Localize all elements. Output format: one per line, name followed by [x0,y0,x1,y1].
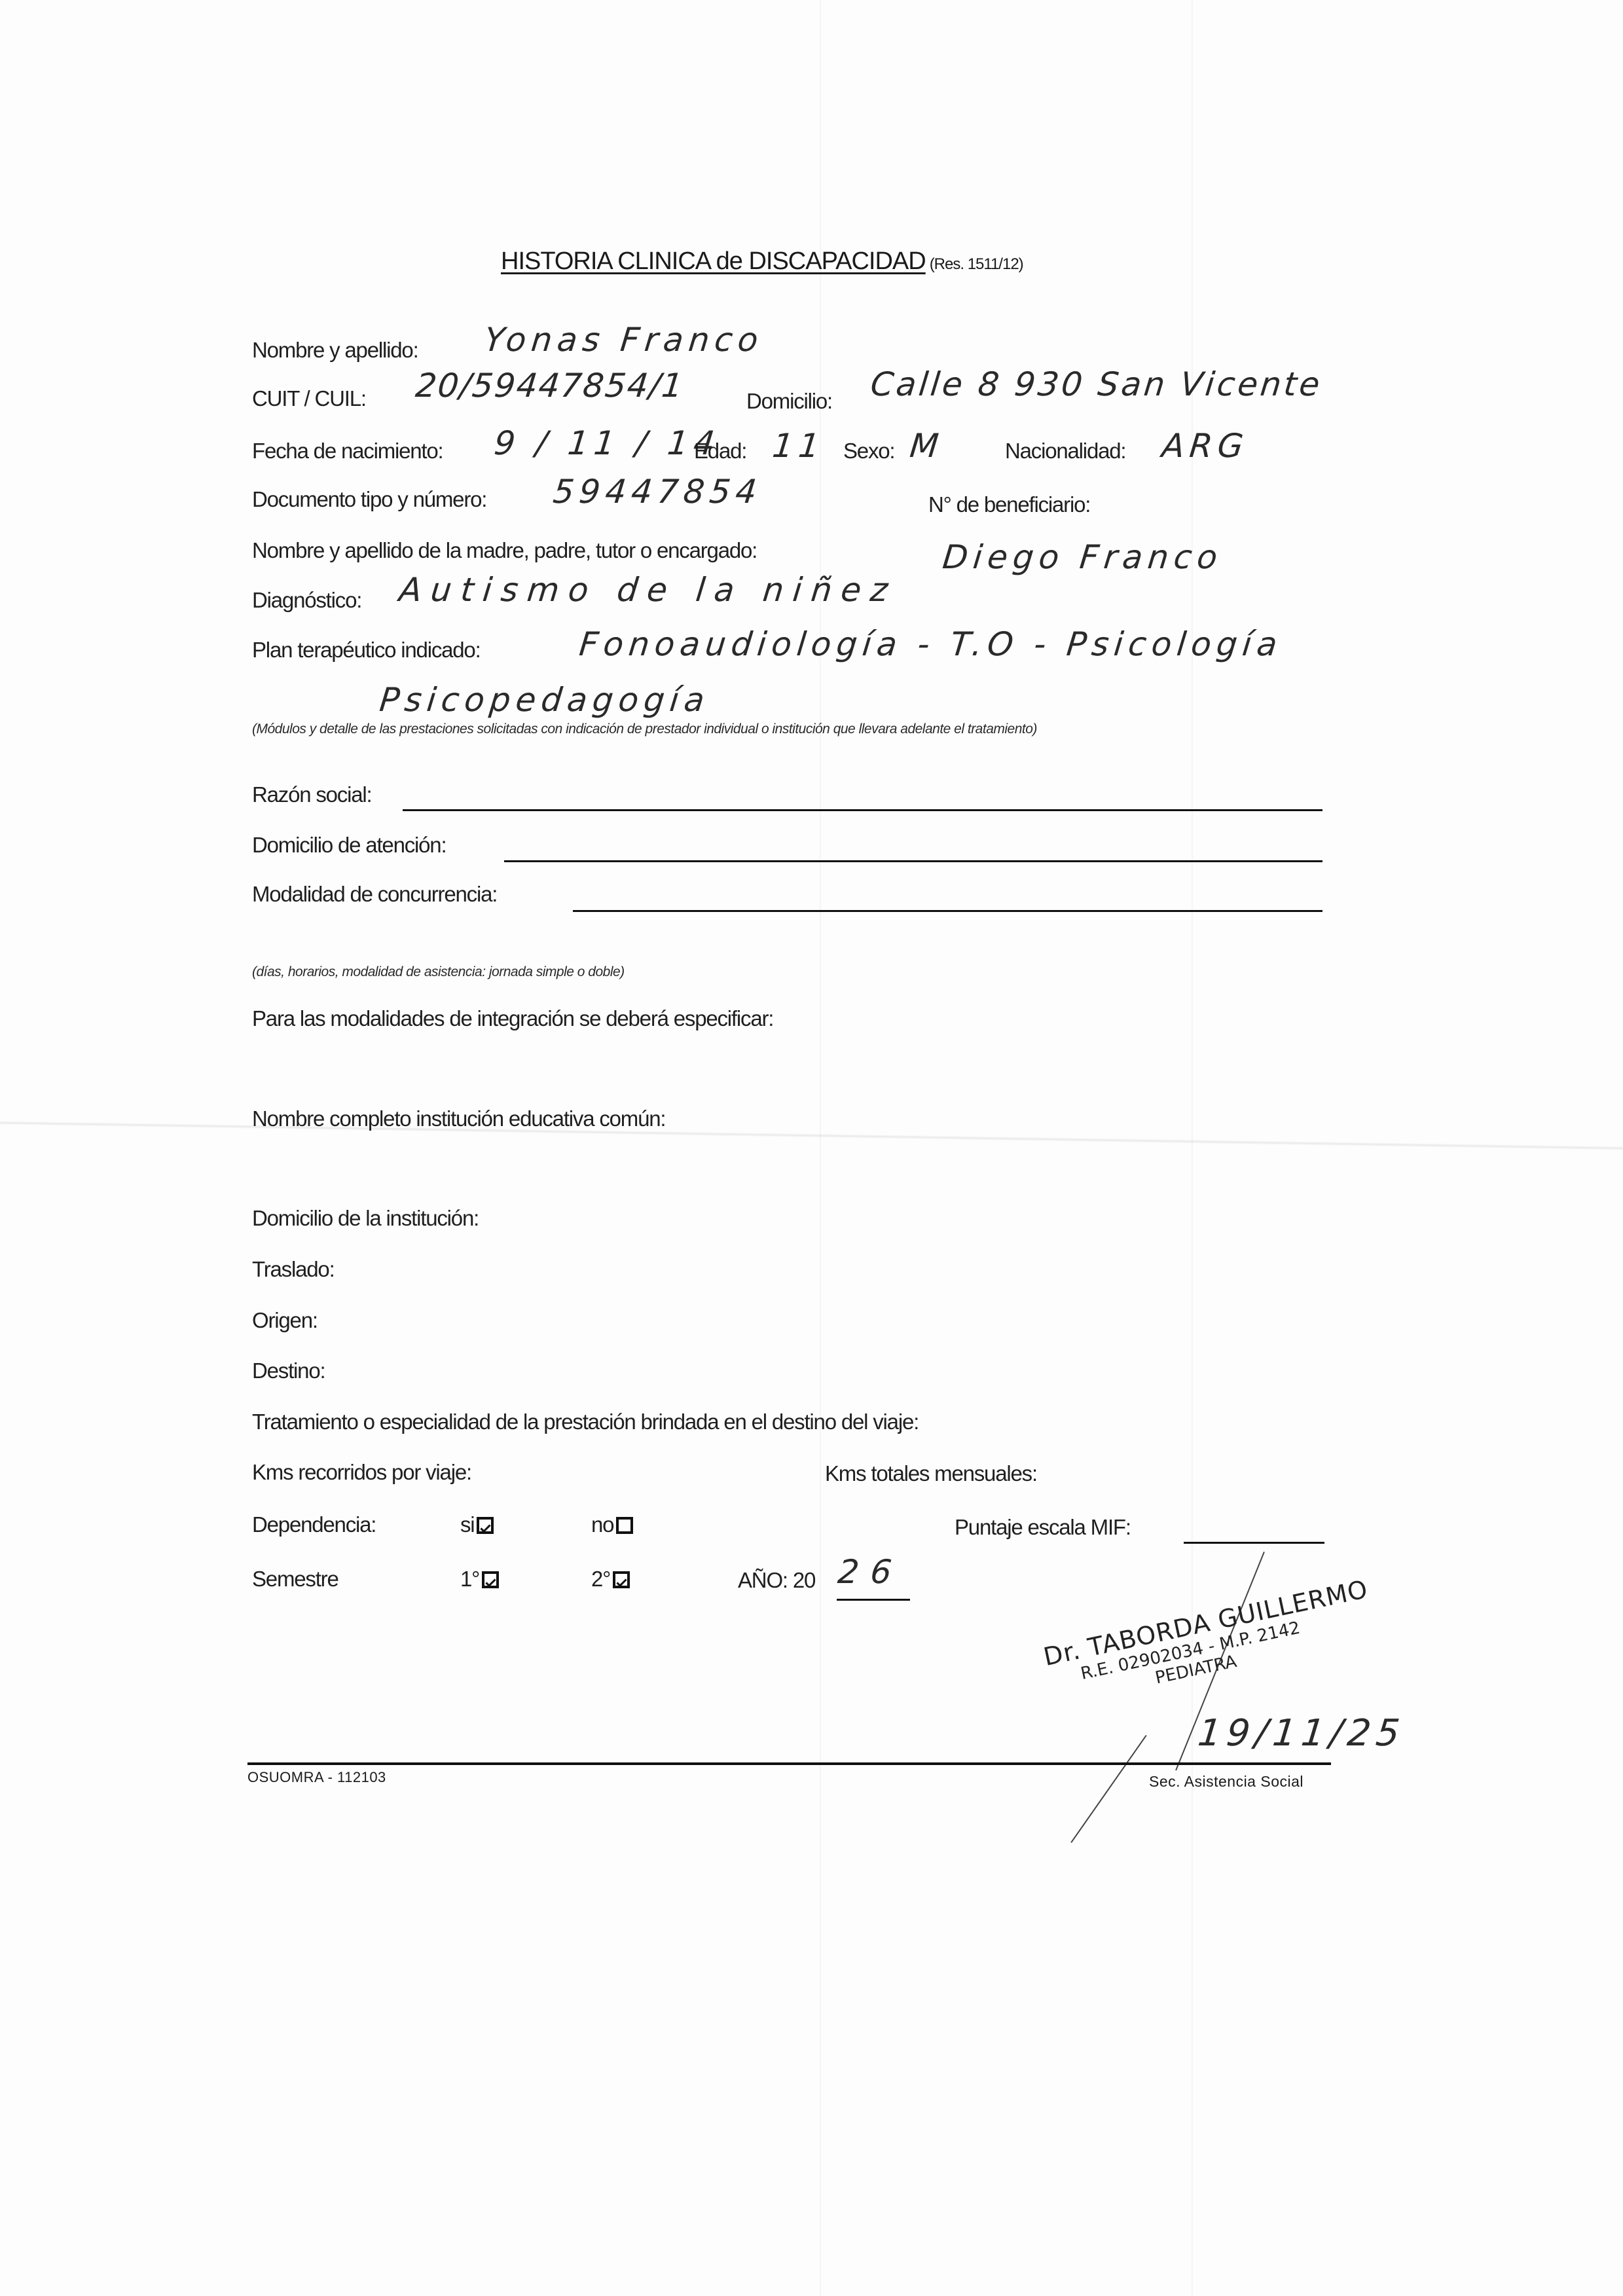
plan-label: Plan terapéutico indicado: [252,638,481,663]
semestre-1[interactable]: 1° [460,1567,499,1592]
anio-line [837,1599,910,1601]
dependencia-si[interactable]: si [460,1512,494,1537]
domicilio-institucion-label: Domicilio de la institución: [252,1206,479,1231]
paper-crease [820,0,821,2296]
beneficiario-label: N° de beneficiario: [928,492,1090,517]
semestre-2[interactable]: 2° [591,1567,630,1592]
semestre-label: Semestre [252,1567,338,1592]
edad-label: Edad: [694,439,746,464]
dependencia-label: Dependencia: [252,1512,376,1537]
tutor-label: Nombre y apellido de la madre, padre, tu… [252,538,757,563]
kms-totales-label: Kms totales mensuales: [825,1461,1037,1486]
plan-value-line1[interactable]: Fonoaudiología - T.O - Psicología [577,625,1284,663]
nombre-value[interactable]: Yonas Franco [483,321,765,359]
cuit-label: CUIT / CUIL: [252,386,366,411]
fecha-nacimiento-label: Fecha de nacimiento: [252,439,443,464]
dependencia-no[interactable]: no [591,1512,633,1537]
domicilio-atencion-label: Domicilio de atención: [252,833,446,858]
kms-viaje-label: Kms recorridos por viaje: [252,1460,471,1485]
razon-social-line[interactable] [403,809,1322,811]
cuit-value[interactable]: 20/59447854/1 [414,367,686,405]
document-title: HISTORIA CLINICA de DISCAPACIDAD(Res. 15… [501,247,1023,276]
semestre-2-label: 2° [591,1567,610,1591]
modalidad-note: (días, horarios, modalidad de asistencia… [252,964,625,980]
sexo-label: Sexo: [843,439,894,464]
sexo-value[interactable]: M [908,427,945,465]
signature-date: 19/11/25 [1196,1712,1407,1755]
traslado-label: Traslado: [252,1257,335,1282]
mif-label: Puntaje escala MIF: [955,1515,1131,1540]
paper-fold-line [0,1121,1623,1150]
form-code: OSUOMRA - 112103 [247,1769,386,1786]
semestre-2-checkbox[interactable] [613,1571,630,1588]
documento-label: Documento tipo y número: [252,487,486,512]
tratamiento-destino-label: Tratamiento o especialidad de la prestac… [252,1410,919,1434]
paper-crease [1192,0,1193,2296]
modalidad-line[interactable] [573,910,1322,912]
dependencia-no-checkbox[interactable] [616,1517,633,1534]
domicilio-atencion-line[interactable] [504,860,1322,862]
domicilio-label: Domicilio: [746,389,832,414]
diagnostico-value[interactable]: Autismo de la niñez [397,571,899,609]
resolution-ref: (Res. 1511/12) [930,255,1023,273]
tutor-value[interactable]: Diego Franco [941,538,1224,576]
mif-line[interactable] [1184,1542,1324,1544]
doctor-stamp: Dr. TABORDA GUILLERMO R.E. 02902034 - M.… [1041,1575,1379,1710]
diagnostico-label: Diagnóstico: [252,588,361,613]
signature-caption: Sec. Asistencia Social [1149,1773,1304,1791]
plan-note: (Módulos y detalle de las prestaciones s… [252,720,1286,738]
bottom-rule [247,1762,1331,1765]
dependencia-no-label: no [591,1512,613,1537]
institucion-label: Nombre completo institución educativa co… [252,1106,665,1131]
semestre-1-checkbox[interactable] [482,1571,499,1588]
fecha-nacimiento-value[interactable]: 9 / 11 / 14 [492,424,721,462]
domicilio-value[interactable]: Calle 8 930 San Vicente [869,365,1324,403]
dependencia-si-label: si [460,1512,474,1537]
anio-value[interactable]: 26 [836,1553,905,1591]
nombre-label: Nombre y apellido: [252,338,418,363]
semestre-1-label: 1° [460,1567,479,1591]
title-text: HISTORIA CLINICA de DISCAPACIDAD [501,247,926,275]
modalidad-label: Modalidad de concurrencia: [252,882,497,907]
anio-label: AÑO: 20 [738,1568,815,1593]
nacionalidad-value[interactable]: ARG [1160,427,1250,465]
edad-value[interactable]: 11 [771,427,827,465]
documento-value[interactable]: 59447854 [551,473,764,511]
nacionalidad-label: Nacionalidad: [1005,439,1125,464]
signature-stroke [1070,1735,1146,1843]
razon-social-label: Razón social: [252,782,372,807]
plan-value-line2[interactable]: Psicopedagogía [378,681,712,719]
destino-label: Destino: [252,1358,325,1383]
dependencia-si-checkbox[interactable] [477,1517,494,1534]
origen-label: Origen: [252,1308,318,1333]
integracion-heading: Para las modalidades de integración se d… [252,1006,773,1031]
